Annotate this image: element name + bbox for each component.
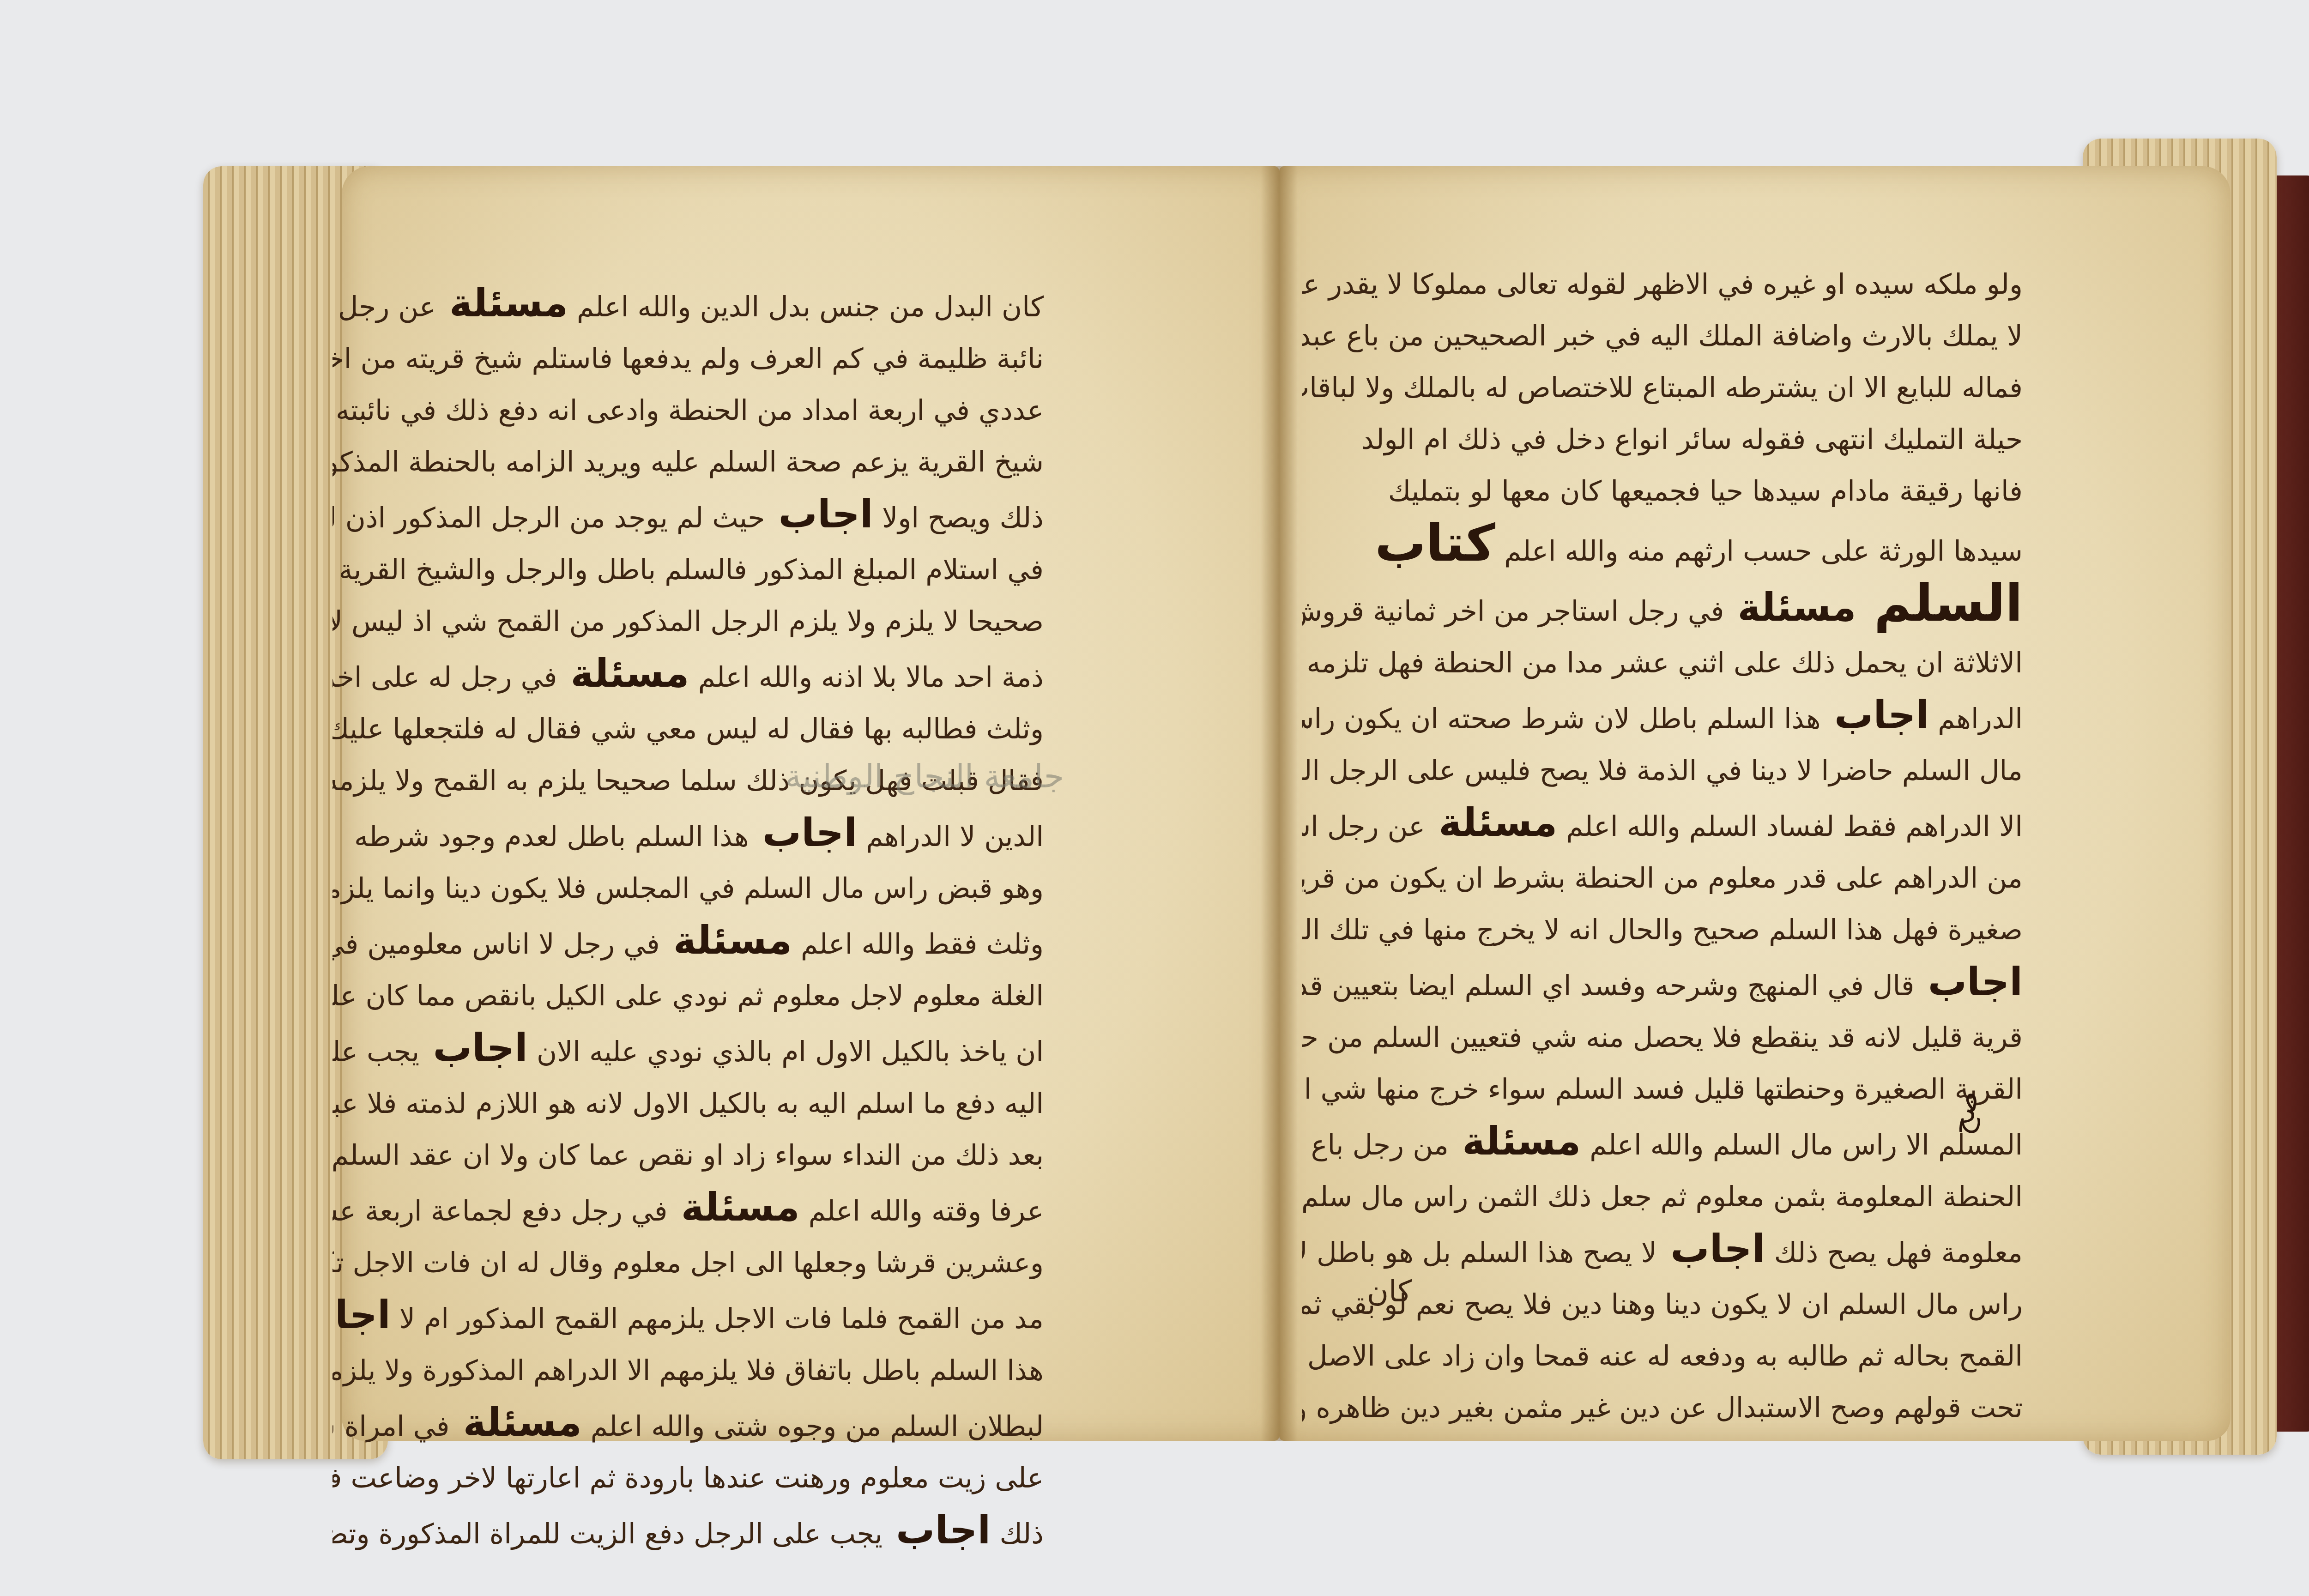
manuscript-line: ولو ملكه سيده او غيره في الاظهر لقوله تع… xyxy=(1302,259,2023,310)
manuscript-line: وهو قبض راس مال السلم في المجلس فلا يكون… xyxy=(332,863,1044,914)
manuscript-line: اليه دفع ما اسلم اليه به بالكيل الاول لا… xyxy=(332,1078,1044,1130)
manuscript-line: في استلام المبلغ المذكور فالسلم باطل وال… xyxy=(332,544,1044,596)
manuscript-line: مد من القمح فلما فات الاجل يلزمهم القمح … xyxy=(332,1289,1044,1345)
manuscript-line: نائبة ظليمة في كم العرف ولم يدفعها فاستل… xyxy=(332,333,1044,385)
library-watermark: جامعة النجاح الوطنية xyxy=(785,757,1064,795)
manuscript-line: القمح بحاله ثم طالبه به ودفعه له عنه قمح… xyxy=(1302,1330,2023,1382)
book-gutter xyxy=(1261,166,1298,1441)
manuscript-line: الاثلاثة ان يحمل ذلك على اثني عشر مدا من… xyxy=(1302,637,2023,689)
manuscript-line: الدين لا الدراهم اجاب هذا السلم باطل لعد… xyxy=(332,807,1044,863)
manuscript-line: الدراهم اجاب هذا السلم باطل لان شرط صحته… xyxy=(1302,689,2023,745)
manuscript-line: عرفا وقته والله اعلم مسئلة في رجل دفع لج… xyxy=(332,1181,1044,1237)
manuscript-line: لبطلان السلم من وجوه شتى والله اعلم مسئل… xyxy=(332,1396,1044,1452)
manuscript-line: تحت قولهم وصح الاستبدال عن دين غير مثمن … xyxy=(1302,1382,2023,1434)
manuscript-line: صغيرة فهل هذا السلم صحيح والحال انه لا ي… xyxy=(1302,904,2023,956)
manuscript-line: قرية قليل لانه قد ينقطع فلا يحصل منه شي … xyxy=(1302,1012,2023,1064)
manuscript-line: وثلث فطالبه بها فقال له ليس معي شي فقال … xyxy=(332,703,1044,755)
manuscript-line: عددي في اربعة امداد من الحنطة وادعى انه … xyxy=(332,385,1044,436)
manuscript-line: سيدها الورثة على حسب ارثهم منه والله اعل… xyxy=(1302,517,2023,577)
left-page-text: كان البدل من جنس بدل الدين والله اعلم مس… xyxy=(332,277,1044,1560)
manuscript-line: ذمة احد مالا بلا اذنه والله اعلم مسئلة ف… xyxy=(332,647,1044,703)
manuscript-line: لا يملك بالارث واضافة الملك اليه في خبر … xyxy=(1302,310,2023,362)
manuscript-line: مال السلم حاضرا لا دينا في الذمة فلا يصح… xyxy=(1302,745,2023,797)
manuscript-line: فانها رقيقة مادام سيدها حيا فجميعها كان … xyxy=(1302,465,2023,517)
manuscript-line: وعشرين قرشا وجعلها الى اجل معلوم وقال له… xyxy=(332,1237,1044,1289)
manuscript-line: القرية الصغيرة وحنطتها قليل فسد السلم سو… xyxy=(1302,1064,2023,1115)
manuscript-line: الغلة معلوم لاجل معلوم ثم نودي على الكيل… xyxy=(332,970,1044,1022)
manuscript-line: على زيت معلوم ورهنت عندها بارودة ثم اعار… xyxy=(332,1452,1044,1504)
right-page-text: ولو ملكه سيده او غيره في الاظهر لقوله تع… xyxy=(1302,259,2023,1434)
manuscript-line: هذا السلم باطل باتفاق فلا يلزمهم الا الد… xyxy=(332,1345,1044,1396)
manuscript-line: الحنطة المعلومة بثمن معلوم ثم جعل ذلك ال… xyxy=(1302,1171,2023,1223)
manuscript-line: المسلم الا راس مال السلم والله اعلم مسئل… xyxy=(1302,1115,2023,1171)
manuscript-line: ذلك اجاب يجب على الرجل دفع الزيت للمراة … xyxy=(332,1504,1044,1560)
manuscript-line: فماله للبايع الا ان يشترطه المبتاع للاخت… xyxy=(1302,362,2023,414)
manuscript-line: السلم مسئلة في رجل استاجر من اخر ثمانية … xyxy=(1302,577,2023,637)
manuscript-line: ذلك ويصح اولا اجاب حيث لم يوجد من الرجل … xyxy=(332,488,1044,544)
manuscript-line: ان ياخذ بالكيل الاول ام بالذي نودي عليه … xyxy=(332,1022,1044,1078)
manuscript-line: كان البدل من جنس بدل الدين والله اعلم مس… xyxy=(332,277,1044,333)
catchword: كان xyxy=(1367,1275,1412,1309)
manuscript-line: حيلة التمليك انتهى فقوله سائر انواع دخل … xyxy=(1302,414,2023,465)
manuscript-line: بعد ذلك من النداء سواء زاد او نقص عما كا… xyxy=(332,1130,1044,1181)
manuscript-line: معلومة فهل يصح ذلك اجاب لا يصح هذا السلم… xyxy=(1302,1223,2023,1279)
manuscript-line: صحيحا لا يلزم ولا يلزم الرجل المذكور من … xyxy=(332,596,1044,647)
manuscript-line: اجاب قال في المنهج وشرحه وفسد اي السلم ا… xyxy=(1302,956,2023,1012)
manuscript-line: الا الدراهم فقط لفساد السلم والله اعلم م… xyxy=(1302,797,2023,852)
manuscript-line: شيخ القرية يزعم صحة السلم عليه ويريد الز… xyxy=(332,436,1044,488)
manuscript-line: من الدراهم على قدر معلوم من الحنطة بشرط … xyxy=(1302,852,2023,904)
manuscript-line: وثلث فقط والله اعلم مسئلة في رجل لا اناس… xyxy=(332,914,1044,970)
